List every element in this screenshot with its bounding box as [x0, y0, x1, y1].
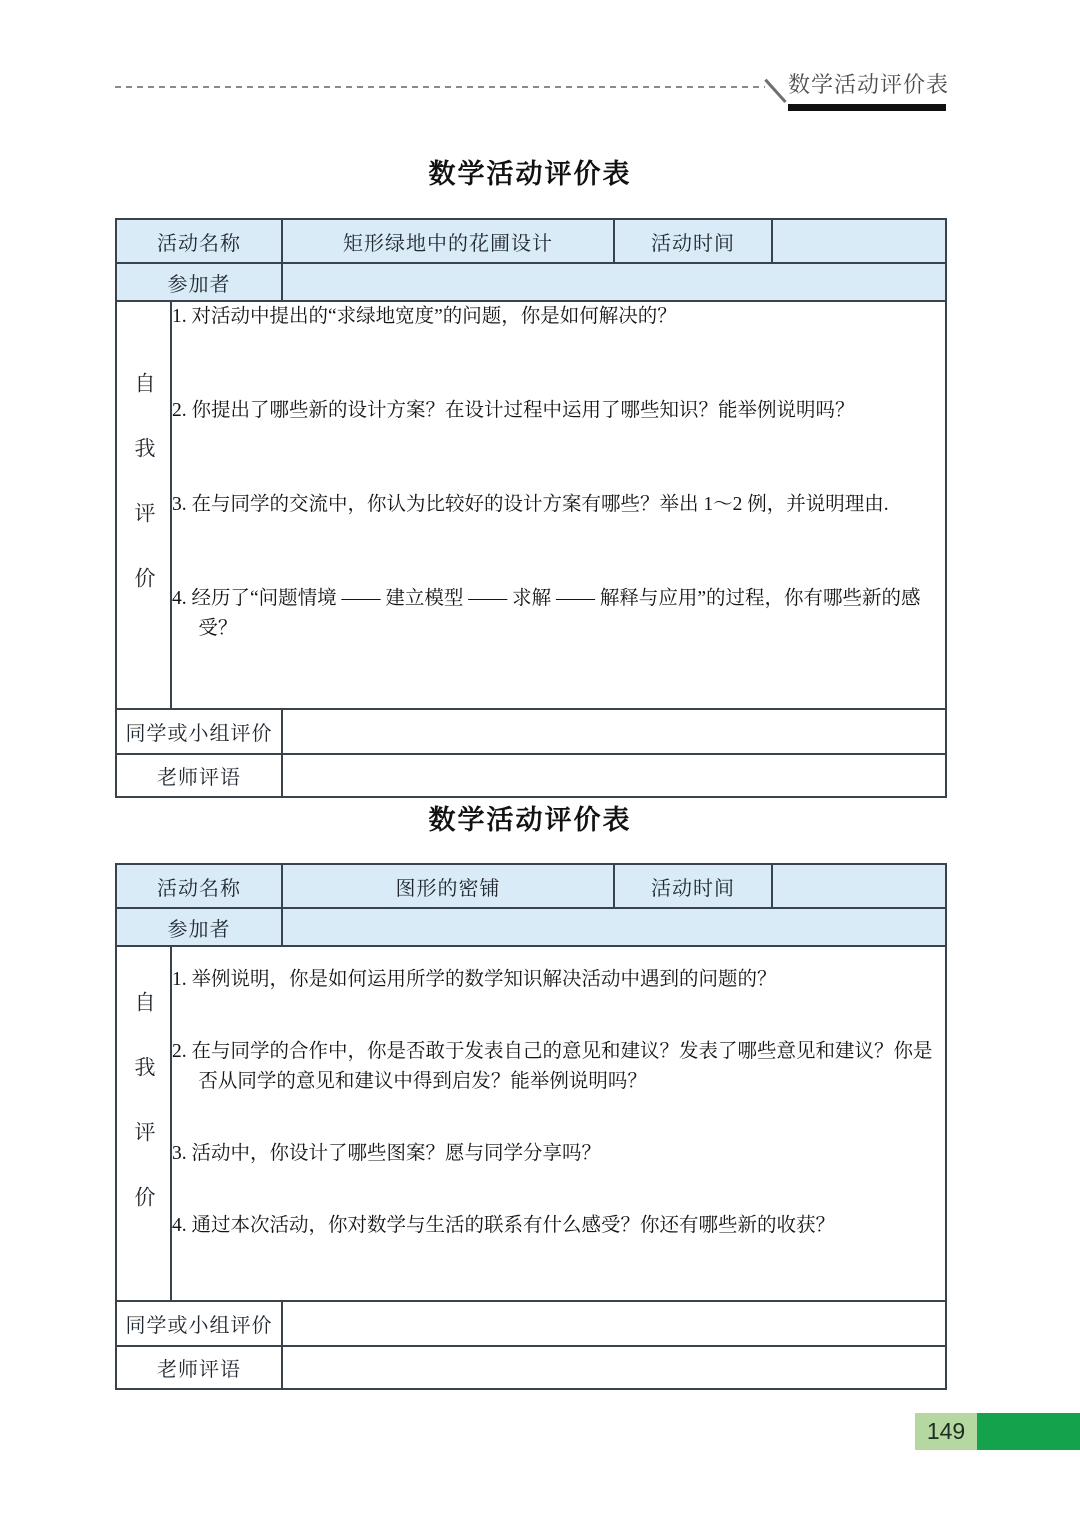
activity-name-value: 矩形绿地中的花圃设计: [282, 219, 614, 263]
peer-eval-label: 同学或小组评价: [116, 1301, 282, 1346]
question-3: 3. 活动中，你设计了哪些图案？愿与同学分享吗？: [172, 1139, 945, 1169]
table-row: 自我评价 1. 对活动中提出的“求绿地宽度”的问题，你是如何解决的？ 2. 你提…: [116, 301, 946, 709]
page-number-badge: 149: [915, 1413, 977, 1450]
self-eval-questions-cell: 1. 对活动中提出的“求绿地宽度”的问题，你是如何解决的？ 2. 你提出了哪些新…: [171, 301, 946, 709]
participants-value: [282, 908, 946, 946]
evaluation-table-1: 活动名称 矩形绿地中的花圃设计 活动时间 参加者 自我评价 1. 对活动中提出的…: [115, 218, 947, 798]
self-eval-label: 自我评价: [133, 372, 154, 632]
evaluation-table-2: 活动名称 图形的密铺 活动时间 参加者 自我评价 1. 举例说明，你是如何运用所…: [115, 863, 947, 1390]
question-2: 2. 在与同学的合作中，你是否敢于发表自己的意见和建议？发表了哪些意见和建议？你…: [172, 1037, 945, 1097]
running-header: 数学活动评价表: [788, 68, 946, 111]
question-4: 4. 通过本次活动，你对数学与生活的联系有什么感受？你还有哪些新的收获？: [172, 1211, 945, 1241]
table-row: 同学或小组评价: [116, 1301, 946, 1346]
peer-eval-value: [282, 709, 946, 754]
teacher-comment-value: [282, 1346, 946, 1389]
activity-name-label: 活动名称: [116, 864, 282, 908]
table-row: 自我评价 1. 举例说明，你是如何运用所学的数学知识解决活动中遇到的问题的？ 2…: [116, 946, 946, 1301]
header-dashed-rule: [115, 86, 765, 88]
question-3: 3. 在与同学的交流中，你认为比较好的设计方案有哪些？举出 1～2 例，并说明理…: [172, 490, 945, 520]
teacher-comment-label: 老师评语: [116, 1346, 282, 1389]
participants-label: 参加者: [116, 263, 282, 301]
activity-name-value: 图形的密铺: [282, 864, 614, 908]
page-number: 149: [927, 1418, 965, 1445]
participants-value: [282, 263, 946, 301]
peer-eval-value: [282, 1301, 946, 1346]
self-eval-label-cell: 自我评价: [116, 946, 171, 1301]
question-2: 2. 你提出了哪些新的设计方案？在设计过程中运用了哪些知识？能举例说明吗？: [172, 396, 945, 426]
question-4: 4. 经历了“问题情境 —— 建立模型 —— 求解 —— 解释与应用”的过程，你…: [172, 584, 945, 644]
document-page: 数学活动评价表 数学活动评价表 活动名称 矩形绿地中的花圃设计 活动时间 参加者…: [0, 0, 1080, 1528]
self-eval-label: 自我评价: [133, 991, 154, 1251]
teacher-comment-value: [282, 754, 946, 797]
section-title-1: 数学活动评价表: [115, 152, 945, 191]
question-1: 1. 对活动中提出的“求绿地宽度”的问题，你是如何解决的？: [172, 302, 945, 332]
table-row: 参加者: [116, 263, 946, 301]
activity-name-label: 活动名称: [116, 219, 282, 263]
table-row: 老师评语: [116, 1346, 946, 1389]
peer-eval-label: 同学或小组评价: [116, 709, 282, 754]
table-row: 同学或小组评价: [116, 709, 946, 754]
activity-time-label: 活动时间: [614, 219, 772, 263]
table-row: 参加者: [116, 908, 946, 946]
participants-label: 参加者: [116, 908, 282, 946]
self-eval-label-cell: 自我评价: [116, 301, 171, 709]
header-diagonal-tick: [764, 79, 786, 103]
table-row: 老师评语: [116, 754, 946, 797]
question-1: 1. 举例说明，你是如何运用所学的数学知识解决活动中遇到的问题的？: [172, 965, 945, 995]
section-title-2: 数学活动评价表: [115, 798, 945, 837]
activity-time-value: [772, 864, 946, 908]
table-row: 活动名称 矩形绿地中的花圃设计 活动时间: [116, 219, 946, 263]
self-eval-questions-cell: 1. 举例说明，你是如何运用所学的数学知识解决活动中遇到的问题的？ 2. 在与同…: [171, 946, 946, 1301]
table-row: 活动名称 图形的密铺 活动时间: [116, 864, 946, 908]
activity-time-label: 活动时间: [614, 864, 772, 908]
activity-time-value: [772, 219, 946, 263]
teacher-comment-label: 老师评语: [116, 754, 282, 797]
footer-accent-bar: [977, 1413, 1080, 1450]
